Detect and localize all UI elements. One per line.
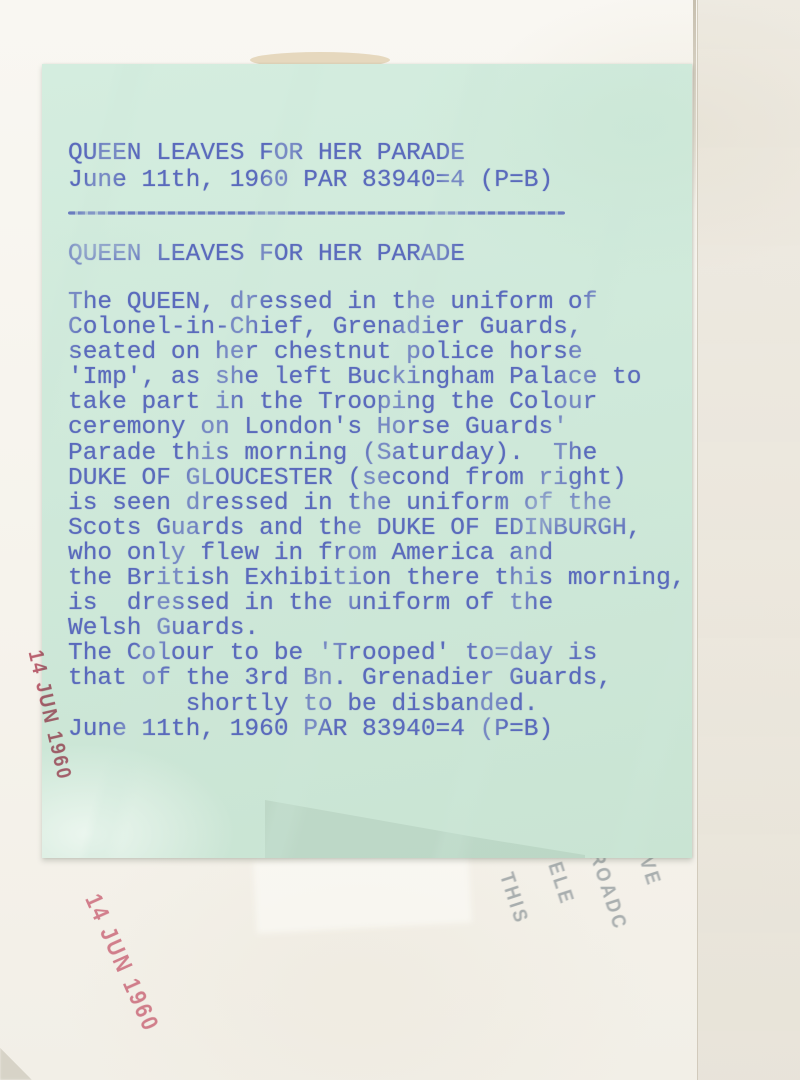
caption-subheading: QUEEN LEAVES FOR HER PARADE: [68, 241, 465, 268]
backing-crease-line: [693, 0, 696, 210]
caption-paper: QUEEN LEAVES FOR HER PARADE June 11th, 1…: [42, 64, 692, 858]
caption-dateline: June 11th, 1960 PAR 83940=4 (P=B): [68, 167, 553, 195]
scanned-press-caption: THIS TELE BROADC EVE 14 JUN 1960 QUEEN L…: [0, 0, 800, 1080]
backing-right-edge-band: [697, 0, 800, 1080]
divider-rule: [68, 211, 565, 214]
caption-body: The QUEEN, dressed in the uniform of Col…: [68, 290, 686, 742]
tape-residue-below-paper: [253, 850, 471, 933]
caption-title: QUEEN LEAVES FOR HER PARADE: [68, 140, 465, 168]
